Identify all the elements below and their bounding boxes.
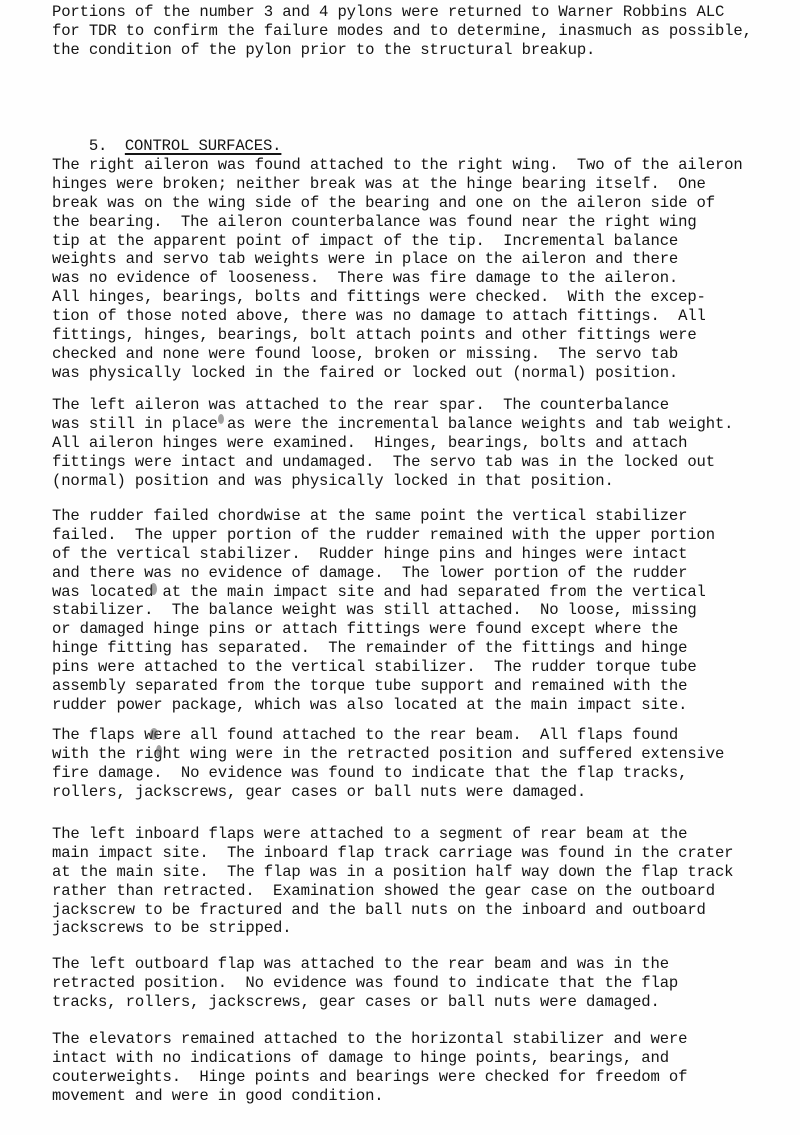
scan-speck: [156, 745, 162, 757]
text-line: The flaps were all found attached to the…: [52, 726, 772, 745]
paragraph-right-aileron: The right aileron was found attached to …: [52, 156, 772, 383]
text-line: The right aileron was found attached to …: [52, 156, 772, 175]
text-line: for TDR to confirm the failure modes and…: [52, 22, 772, 41]
text-line: or damaged hinge pins or attach fittings…: [52, 620, 772, 639]
text-line: The left outboard flap was attached to t…: [52, 955, 772, 974]
paragraph-flaps: The flaps were all found attached to the…: [52, 726, 772, 802]
scan-speck: [218, 414, 224, 424]
text-line: tion of those noted above, there was no …: [52, 307, 772, 326]
text-line: was no evidence of looseness. There was …: [52, 269, 772, 288]
text-line: jackscrews to be stripped.: [52, 919, 772, 938]
text-line: was still in place as were the increment…: [52, 415, 772, 434]
text-line: rudder power package, which was also loc…: [52, 696, 772, 715]
text-line: weights and servo tab weights were in pl…: [52, 250, 772, 269]
text-line: The left inboard flaps were attached to …: [52, 825, 772, 844]
section-title: CONTROL SURFACES.: [125, 137, 282, 155]
text-line: couterweights. Hinge points and bearings…: [52, 1068, 772, 1087]
text-line: failed. The upper portion of the rudder …: [52, 526, 772, 545]
text-line: hinge fitting has separated. The remaind…: [52, 639, 772, 658]
text-line: tracks, rollers, jackscrews, gear cases …: [52, 993, 772, 1012]
text-line: the bearing. The aileron counterbalance …: [52, 213, 772, 232]
text-line: assembly separated from the torque tube …: [52, 677, 772, 696]
text-line: Portions of the number 3 and 4 pylons we…: [52, 3, 772, 22]
text-line: was located at the main impact site and …: [52, 583, 772, 602]
text-line: The left aileron was attached to the rea…: [52, 396, 772, 415]
text-line: of the vertical stabilizer. Rudder hinge…: [52, 545, 772, 564]
text-line: hinges were broken; neither break was at…: [52, 175, 772, 194]
paragraph-left-aileron: The left aileron was attached to the rea…: [52, 396, 772, 490]
paragraph-left-outboard-flap: The left outboard flap was attached to t…: [52, 955, 772, 1012]
text-line: the condition of the pylon prior to the …: [52, 41, 772, 60]
text-line: (normal) position and was physically loc…: [52, 472, 772, 491]
text-line: checked and none were found loose, broke…: [52, 345, 772, 364]
text-line: tip at the apparent point of impact of t…: [52, 232, 772, 251]
text-line: and there was no evidence of damage. The…: [52, 564, 772, 583]
text-line: fire damage. No evidence was found to in…: [52, 764, 772, 783]
text-line: movement and were in good condition.: [52, 1087, 772, 1106]
document-page: Portions of the number 3 and 4 pylons we…: [0, 0, 800, 1135]
text-line: main impact site. The inboard flap track…: [52, 844, 772, 863]
text-line: break was on the wing side of the bearin…: [52, 194, 772, 213]
text-line: fittings, hinges, bearings, bolt attach …: [52, 326, 772, 345]
scan-speck: [150, 583, 157, 595]
text-line: All aileron hinges were examined. Hinges…: [52, 434, 772, 453]
text-line: jackscrew to be fractured and the ball n…: [52, 901, 772, 920]
text-line: at the main site. The flap was in a posi…: [52, 863, 772, 882]
text-line: All hinges, bearings, bolts and fittings…: [52, 288, 772, 307]
paragraph-left-inboard-flaps: The left inboard flaps were attached to …: [52, 825, 772, 938]
text-line: fittings were intact and undamaged. The …: [52, 453, 772, 472]
text-line: intact with no indications of damage to …: [52, 1049, 772, 1068]
text-line: rather than retracted. Examination showe…: [52, 882, 772, 901]
text-line: stabilizer. The balance weight was still…: [52, 601, 772, 620]
scan-speck: [150, 728, 158, 740]
text-line: The elevators remained attached to the h…: [52, 1030, 772, 1049]
section-number: 5.: [89, 137, 125, 156]
text-line: retracted position. No evidence was foun…: [52, 974, 772, 993]
intro-paragraph: Portions of the number 3 and 4 pylons we…: [52, 3, 772, 60]
text-line: rollers, jackscrews, gear cases or ball …: [52, 783, 772, 802]
text-line: pins were attached to the vertical stabi…: [52, 658, 772, 677]
paragraph-elevators: The elevators remained attached to the h…: [52, 1030, 772, 1106]
text-line: The rudder failed chordwise at the same …: [52, 507, 772, 526]
paragraph-rudder: The rudder failed chordwise at the same …: [52, 507, 772, 715]
text-line: was physically locked in the faired or l…: [52, 364, 772, 383]
